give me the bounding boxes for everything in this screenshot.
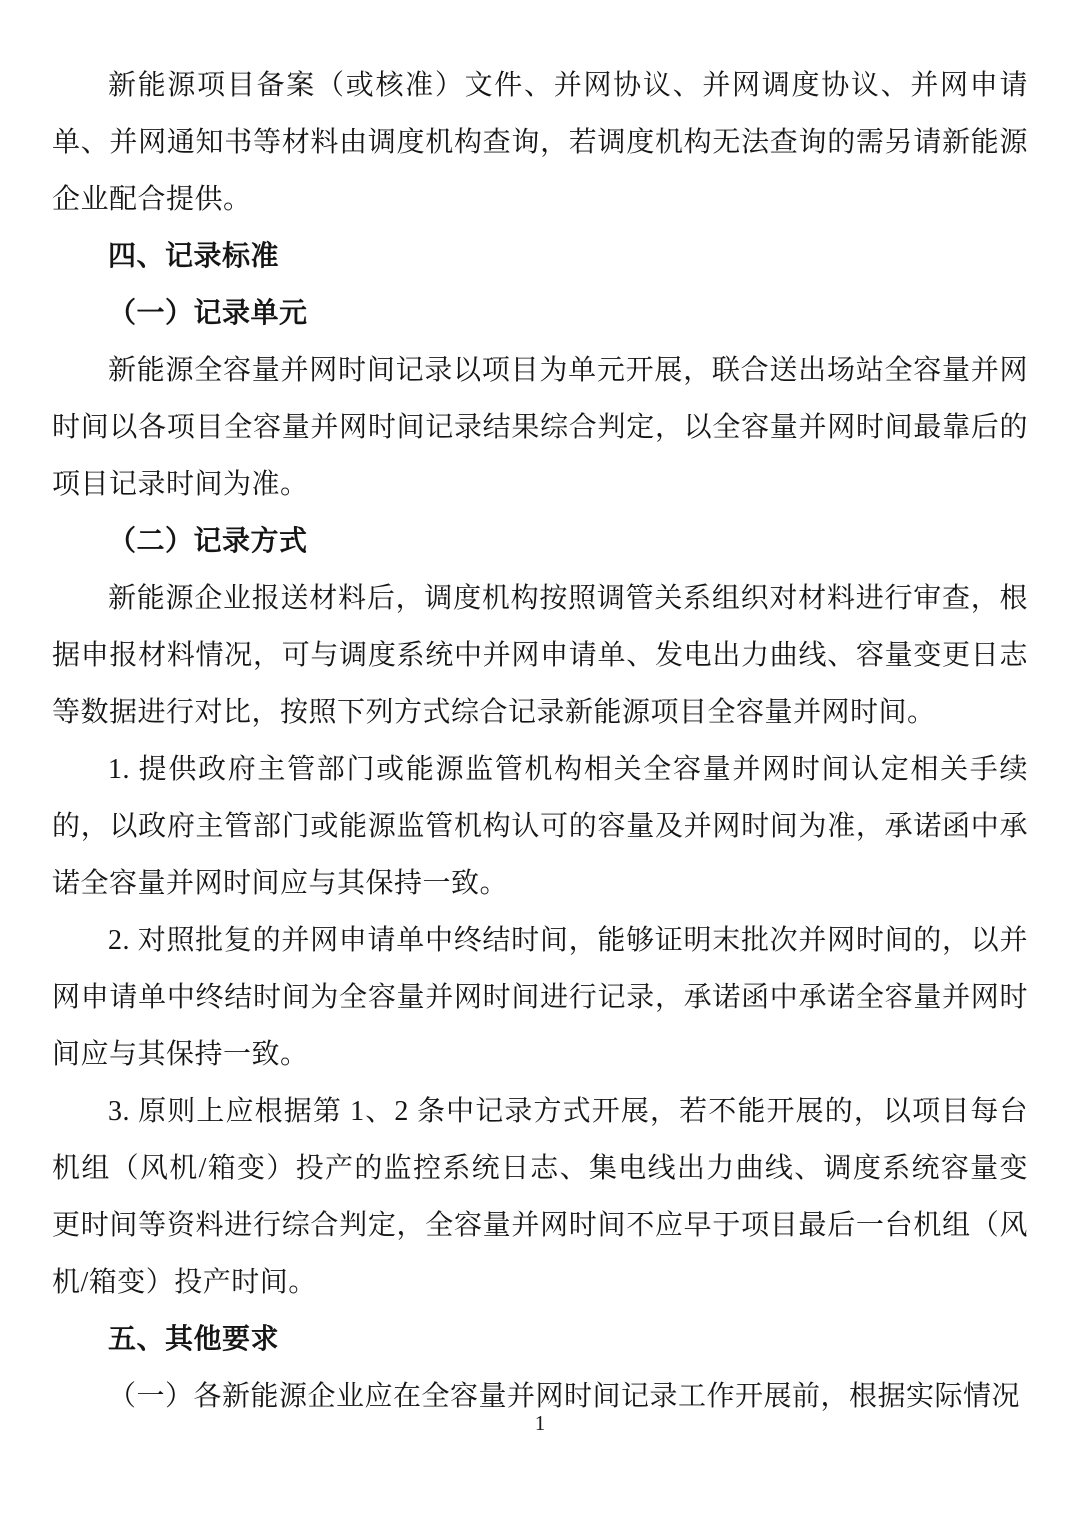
document-page: 新能源项目备案（或核准）文件、并网协议、并网调度协议、并网申请单、并网通知书等材… bbox=[0, 0, 1080, 1527]
body-paragraph: 新能源全容量并网时间记录以项目为单元开展，联合送出场站全容量并网时间以各项目全容… bbox=[52, 342, 1028, 513]
body-paragraph: 3. 原则上应根据第 1、2 条中记录方式开展，若不能开展的，以项目每台机组（风… bbox=[52, 1083, 1028, 1311]
body-paragraph: 2. 对照批复的并网申请单中终结时间，能够证明末批次并网时间的，以并网申请单中终… bbox=[52, 912, 1028, 1083]
body-paragraph: 新能源项目备案（或核准）文件、并网协议、并网调度协议、并网申请单、并网通知书等材… bbox=[52, 57, 1028, 228]
page-number: 1 bbox=[0, 1408, 1080, 1438]
body-paragraph: 新能源企业报送材料后，调度机构按照调管关系组织对材料进行审查，根据申报材料情况，… bbox=[52, 570, 1028, 741]
section-heading: （一）记录单元 bbox=[52, 285, 1028, 342]
body-paragraph: 1. 提供政府主管部门或能源监管机构相关全容量并网时间认定相关手续的，以政府主管… bbox=[52, 741, 1028, 912]
section-heading: （二）记录方式 bbox=[52, 513, 1028, 570]
section-heading: 四、记录标准 bbox=[52, 228, 1028, 285]
section-heading: 五、其他要求 bbox=[52, 1311, 1028, 1368]
document-body: 新能源项目备案（或核准）文件、并网协议、并网调度协议、并网申请单、并网通知书等材… bbox=[52, 57, 1028, 1425]
